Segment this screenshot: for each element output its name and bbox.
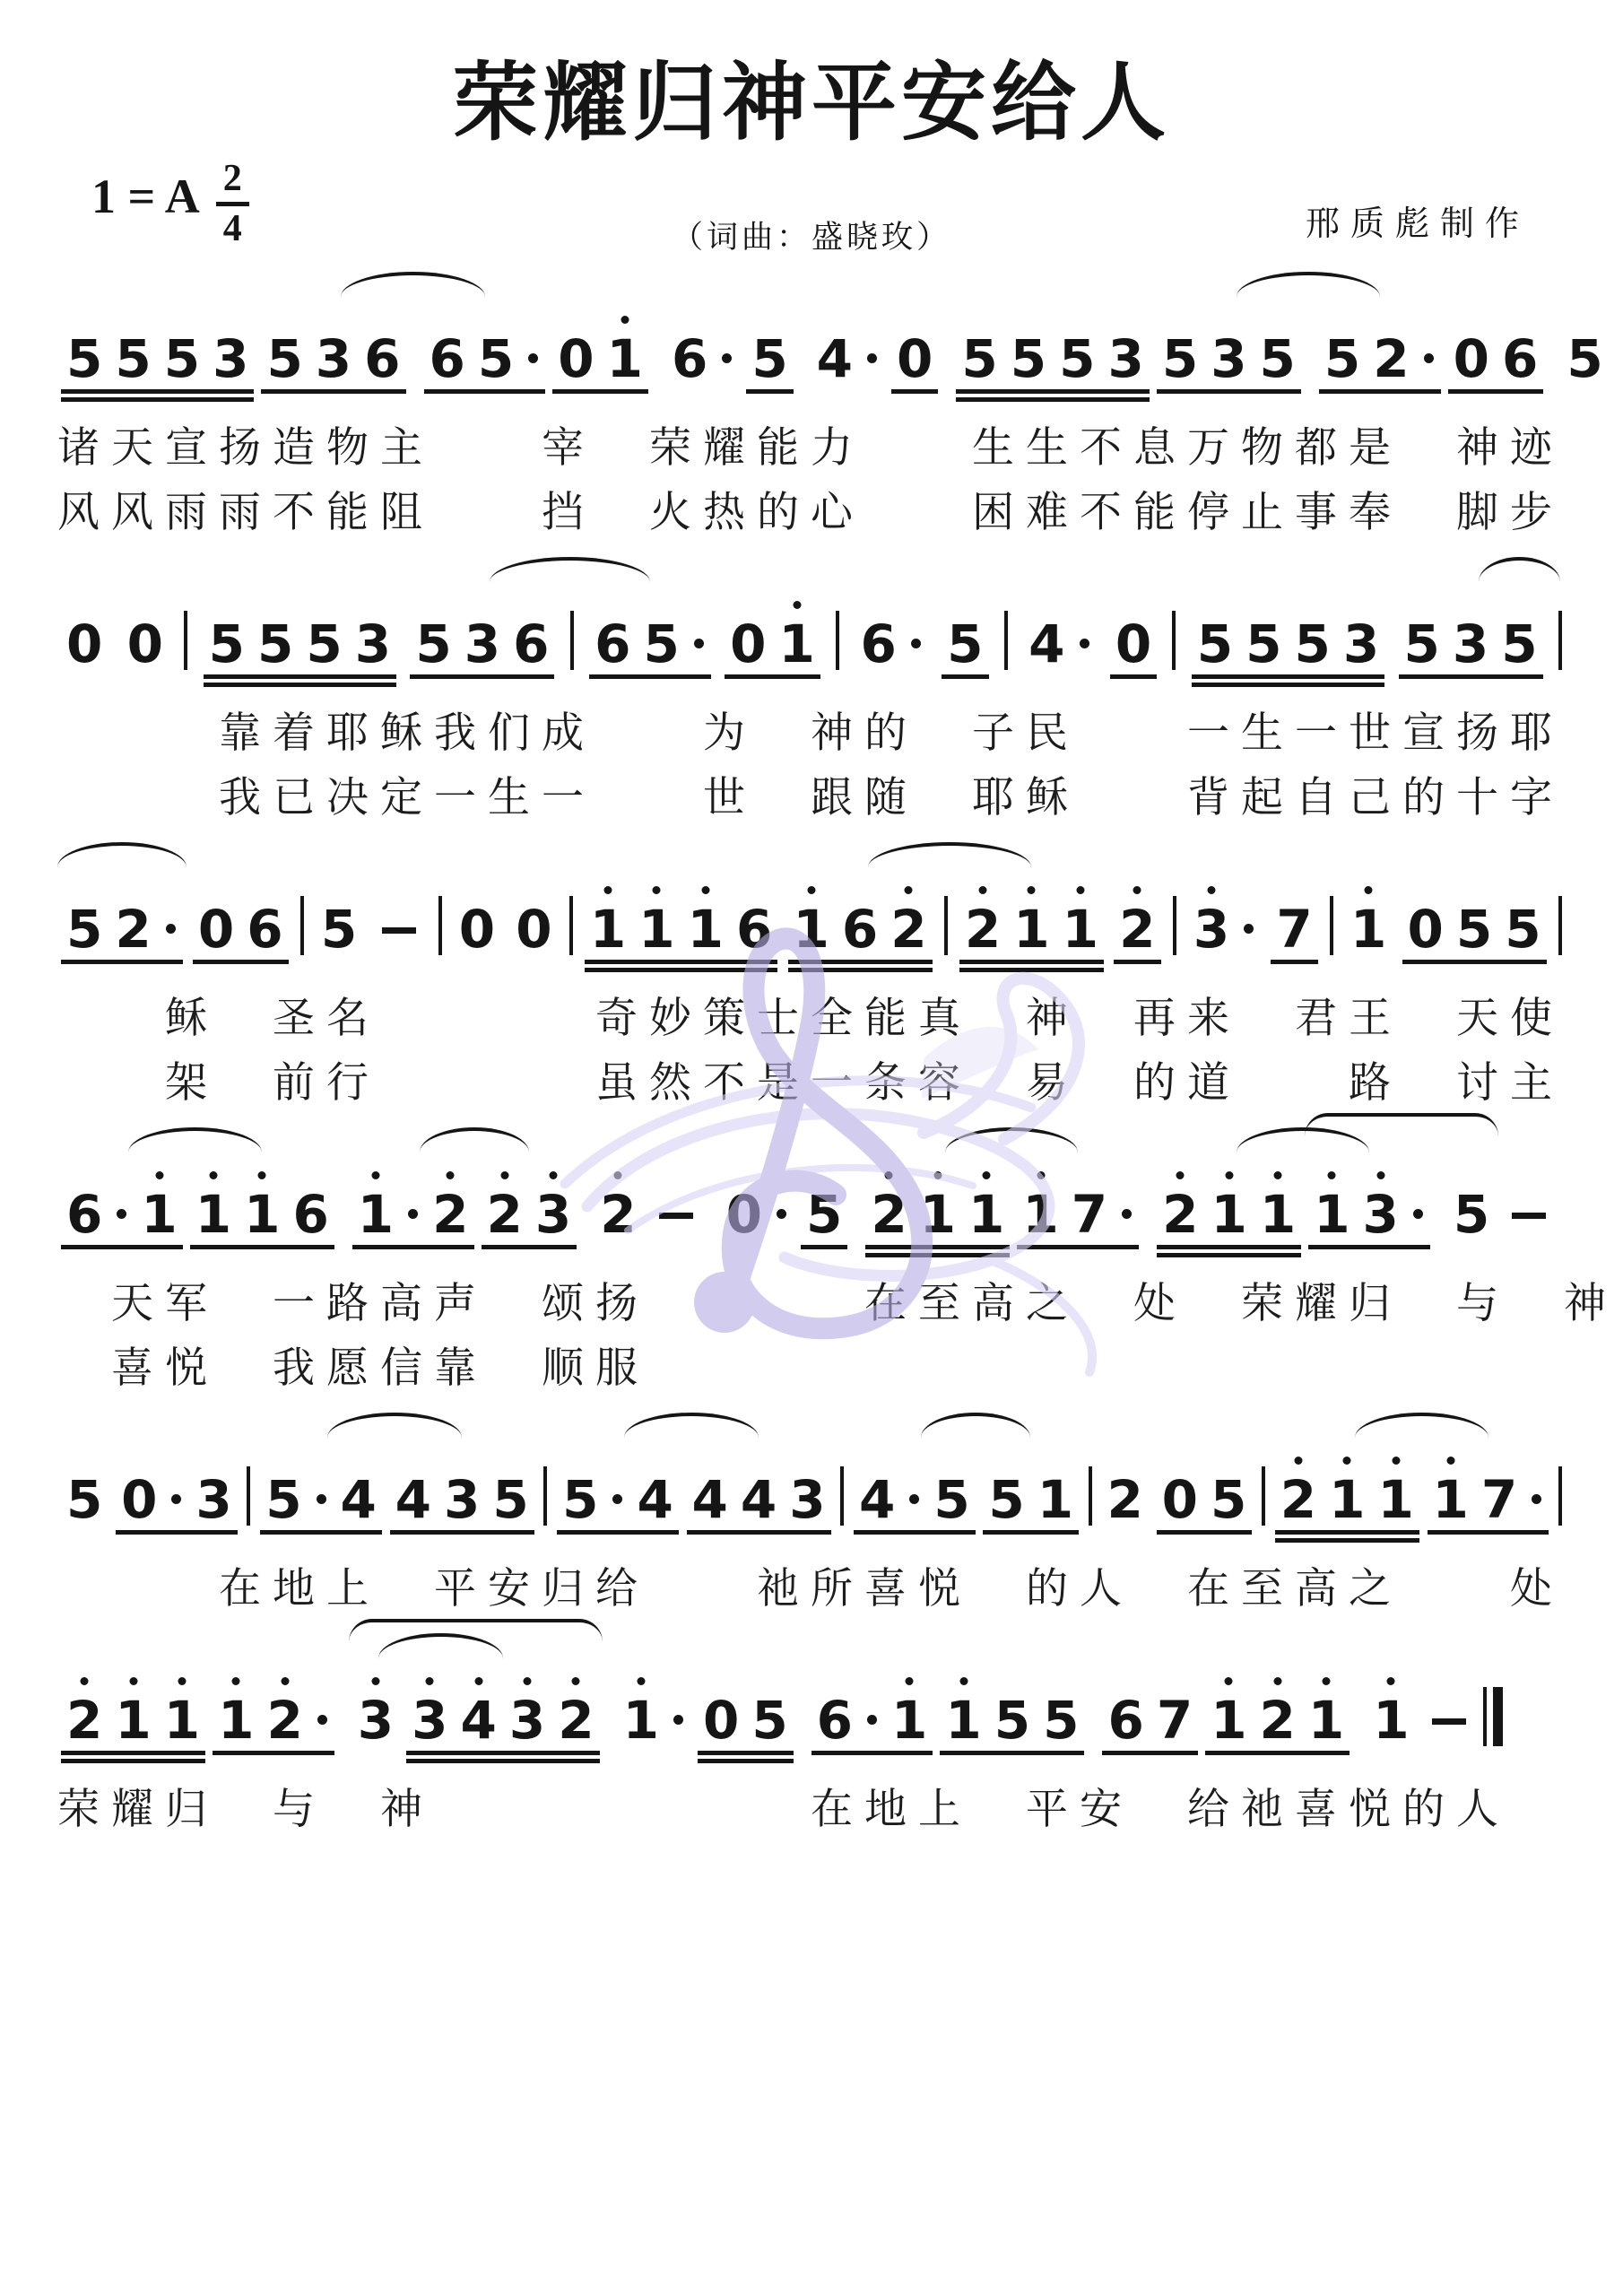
barline (184, 611, 187, 670)
note-group: 435 (386, 1474, 538, 1526)
note-digit: 2 (115, 903, 151, 955)
beam-line (1308, 1245, 1430, 1249)
note-digit: 5 (1197, 618, 1233, 670)
note-digit: 0 (897, 333, 933, 385)
note-group: 0 (717, 1188, 797, 1240)
slur-arc (624, 1413, 759, 1438)
note-digit: 5 (751, 333, 787, 385)
note-digit: 5 (1324, 333, 1360, 385)
note-digit: 0 (1115, 618, 1151, 670)
lyric-line: 稣 圣名 奇妙策士全能真 神 再来 君王 天使 (57, 986, 1567, 1050)
beam-line (204, 674, 396, 679)
augmentation-dot (1244, 924, 1254, 934)
time-denominator: 4 (223, 206, 242, 248)
note-digit: 5 (209, 618, 245, 670)
barline (944, 896, 948, 955)
beam-line (1157, 1530, 1253, 1535)
note-digit: 1 (1013, 903, 1049, 955)
beam-line (1157, 1245, 1301, 1249)
note-digit: 3 (444, 1474, 480, 1526)
note-digit: 5 (1211, 1474, 1246, 1526)
octave-dot (1225, 1171, 1233, 1179)
octave-dot (1274, 1171, 1282, 1179)
note-digit: 5 (164, 333, 200, 385)
note-group: 5 (57, 1474, 111, 1526)
beam-line (61, 1759, 205, 1763)
barline (1089, 1466, 1092, 1526)
note-group: 443 (683, 1474, 835, 1526)
note-digit: 0 (516, 903, 551, 955)
note-group: 155 (936, 1694, 1088, 1746)
octave-dot (447, 1171, 455, 1179)
note-digit: 3 (1453, 618, 1488, 670)
note-group: 0 (888, 333, 942, 385)
note-digit: 2 (1107, 1474, 1143, 1526)
note-group: 5 (312, 903, 366, 955)
note-digit: 6 (513, 618, 549, 670)
lyric-line: 我已决定一生一 世 跟随 耶稣 背起自己的十字 (57, 765, 1567, 830)
augmentation-dot (117, 1209, 126, 1219)
beam-line (956, 389, 1149, 394)
note-group (646, 1213, 707, 1240)
note-digit: 2 (600, 1188, 636, 1240)
notation-row: 005553536650165405553535 (57, 584, 1567, 670)
note-group: 0 (118, 618, 172, 670)
augmentation-dot (171, 1494, 181, 1504)
beam-line (61, 960, 183, 964)
octave-dot (371, 1171, 379, 1179)
note-group: 61 (808, 1694, 937, 1746)
note-digit: 1 (141, 1188, 177, 1240)
note-digit: 1 (164, 1694, 200, 1746)
octave-dot (905, 886, 913, 894)
note-group: 65 (586, 618, 715, 670)
beam-line (406, 1759, 599, 1763)
note-group: 61 (57, 1188, 187, 1240)
note-digit: 4 (395, 1474, 431, 1526)
note-group: 1 (1364, 1694, 1418, 1746)
octave-dot (426, 1677, 434, 1685)
note-group: 5 (797, 1188, 851, 1240)
octave-dot (81, 1677, 89, 1685)
note-digit: 1 (945, 1694, 981, 1746)
octave-dot (232, 1677, 240, 1685)
note-digit: 3 (412, 1694, 447, 1746)
dash-note (1512, 1213, 1546, 1219)
beam-line (698, 1751, 794, 1755)
note-digit: 5 (1404, 618, 1440, 670)
notation-row: 211123343210561155671211 (57, 1660, 1205, 1746)
augmentation-dot (317, 1494, 326, 1504)
note-group: 211 (57, 1694, 209, 1746)
note-group: 055 (1399, 903, 1550, 955)
augmentation-dot (1532, 1494, 1541, 1504)
beam-line (61, 1245, 183, 1249)
final-barline (1483, 1687, 1503, 1746)
octave-dot (550, 1171, 558, 1179)
note-digit: 1 (968, 1188, 1004, 1240)
lyric-line: 风风雨雨不能阻 挡 火热的心 困难不能停止事奉 脚步 (57, 480, 1567, 544)
beam-line (942, 674, 988, 679)
note-group: 1116 (581, 903, 781, 955)
octave-dot (281, 1677, 289, 1685)
notation-row: 5035443554443455120521117 (57, 1439, 1567, 1526)
note-digit: 6 (842, 903, 878, 955)
note-group: 211 (956, 903, 1107, 955)
note-digit: 1 (638, 903, 674, 955)
credit-text: 邢质彪制作 (1306, 196, 1530, 245)
note-digit: 0 (703, 1694, 739, 1746)
note-digit: 1 (607, 333, 643, 385)
note-digit: 6 (247, 903, 282, 955)
beam-line (390, 1530, 534, 1535)
beam-line (61, 397, 254, 402)
note-digit: 5 (1456, 903, 1492, 955)
note-group: 06 (189, 903, 292, 955)
note-digit: 1 (1211, 1188, 1246, 1240)
beam-line (406, 1751, 599, 1755)
note-digit: 0 (127, 618, 163, 670)
octave-dot (1328, 1171, 1336, 1179)
score-line: 005553536650165405553535 靠着耶稣我们成 为 神的 子民… (57, 584, 1567, 830)
note-digit: 1 (1037, 1474, 1073, 1526)
slur-arc (341, 272, 485, 297)
slur-arc (1237, 272, 1380, 297)
beam-line (424, 389, 546, 394)
octave-dot (1037, 1171, 1045, 1179)
beam-line (811, 1751, 933, 1755)
augmentation-dot (1413, 1209, 1423, 1219)
note-digit: 2 (266, 1694, 302, 1746)
note-digit: 0 (121, 1474, 157, 1526)
beam-line (891, 389, 938, 394)
note-digit: 4 (341, 1474, 377, 1526)
note-digit: 1 (244, 1188, 280, 1240)
note-group (1498, 1213, 1559, 1240)
beam-line (1192, 683, 1384, 687)
barline (1262, 1466, 1265, 1526)
slur-arc (490, 557, 650, 582)
augmentation-dot (777, 1209, 786, 1219)
slur-arc (1479, 557, 1560, 582)
note-digit: 0 (459, 903, 495, 955)
beam-line (1271, 960, 1317, 964)
dash-note (659, 1213, 693, 1219)
note-digit: 1 (1063, 903, 1098, 955)
barline (438, 896, 442, 955)
note-group: 05 (1153, 1474, 1256, 1526)
note-digit: 2 (1280, 1474, 1316, 1526)
score-line: 211123343210561155671211荣耀归 与 神 在地上 平安 给… (57, 1660, 1567, 1841)
barline (247, 1466, 250, 1526)
beam-line (352, 1245, 474, 1249)
note-digit: 6 (430, 333, 465, 385)
note-group: 0 (57, 618, 111, 670)
note-group: 12 (209, 1694, 338, 1746)
octave-dot (572, 1677, 580, 1685)
note-group: 17 (1013, 1188, 1142, 1240)
octave-dot (1076, 886, 1084, 894)
note-digit: 5 (1011, 333, 1046, 385)
note-group: 52 (1315, 333, 1445, 385)
note-group: 4 (808, 333, 888, 385)
octave-dot (701, 886, 709, 894)
note-digit: 1 (1373, 1694, 1409, 1746)
note-digit: 6 (595, 618, 630, 670)
octave-dot (371, 1677, 379, 1685)
note-digit: 6 (292, 1188, 328, 1240)
note-digit: 1 (920, 1188, 956, 1240)
note-digit: 1 (115, 1694, 151, 1746)
beam-line (983, 1530, 1079, 1535)
note-group: 13 (1305, 1188, 1434, 1240)
octave-dot (524, 1677, 532, 1685)
beam-line (959, 968, 1104, 972)
note-digit: 1 (1314, 1188, 1350, 1240)
octave-dot (1392, 1457, 1400, 1465)
note-digit: 1 (1350, 903, 1386, 955)
note-digit: 1 (623, 1694, 659, 1746)
note-digit: 4 (637, 1474, 673, 1526)
dash-note (382, 927, 416, 934)
sheet-music-page: 1 = A 2 4 荣耀归神平安给人 邢质彪制作 （词曲：盛晓玫） 555353… (0, 0, 1623, 2296)
note-digit: 5 (415, 618, 451, 670)
beam-line (1448, 389, 1544, 394)
beam-line (261, 389, 405, 394)
note-digit: 2 (1162, 1188, 1198, 1240)
note-digit: 5 (1043, 1694, 1079, 1746)
note-digit: 3 (358, 1694, 394, 1746)
beam-line (204, 683, 396, 687)
barline (300, 896, 304, 955)
octave-dot (614, 1171, 622, 1179)
note-digit: 3 (213, 333, 248, 385)
beam-line (1402, 960, 1547, 964)
beam-line (1275, 1530, 1419, 1535)
note-digit: 5 (988, 1474, 1024, 1526)
slur-arc (327, 1413, 462, 1438)
note-digit: 1 (794, 903, 829, 955)
note-group: 5553 (57, 333, 257, 385)
note-group: 01 (549, 333, 652, 385)
beam-line (410, 674, 554, 679)
note-digit: 4 (817, 333, 853, 385)
note-group: 0 (1107, 618, 1160, 670)
note-digit: 4 (741, 1474, 777, 1526)
octave-dot (653, 886, 661, 894)
note-digit: 5 (492, 1474, 528, 1526)
note-digit: 5 (1501, 618, 1537, 670)
slur-arc (945, 1127, 1078, 1152)
note-digit: 2 (1373, 333, 1409, 385)
note-group: 06 (1445, 333, 1548, 385)
note-digit: 5 (1454, 1188, 1489, 1240)
note-group: 05 (694, 1694, 797, 1746)
octave-dot (1207, 886, 1215, 894)
note-group: 01 (721, 618, 824, 670)
note-digit: 3 (464, 618, 500, 670)
octave-dot (1028, 886, 1036, 894)
note-digit: 6 (817, 1694, 853, 1746)
note-group: 54 (256, 1474, 386, 1526)
note-digit: 1 (590, 903, 626, 955)
note-digit: 4 (1028, 618, 1064, 670)
octave-dot (258, 1171, 266, 1179)
note-digit: 4 (692, 1474, 728, 1526)
beam-line (687, 1530, 831, 1535)
note-group: 03 (112, 1474, 241, 1526)
augmentation-dot (166, 924, 176, 934)
note-digit: 5 (562, 1474, 598, 1526)
beam-line (557, 1530, 679, 1535)
note-digit: 1 (1211, 1694, 1246, 1746)
note-digit: 0 (1162, 1474, 1198, 1526)
beam-line (213, 1751, 334, 1755)
note-digit: 2 (487, 1188, 523, 1240)
slur-arc (128, 1127, 262, 1152)
lyric-line: 架 前行 虽然不是一条容 易 的道 路 讨主 (57, 1050, 1567, 1115)
note-group: 1 (1341, 903, 1395, 955)
note-group (1419, 1718, 1480, 1746)
note-digit: 5 (806, 1188, 842, 1240)
note-group: 121 (1202, 1694, 1353, 1746)
note-digit: 6 (736, 903, 772, 955)
note-digit: 5 (321, 903, 357, 955)
note-group: 45 (850, 1474, 979, 1526)
octave-dot (500, 1171, 508, 1179)
note-digit: 7 (1481, 1474, 1517, 1526)
note-digit: 5 (257, 618, 293, 670)
octave-dot (1365, 886, 1373, 894)
note-digit: 5 (1567, 333, 1602, 385)
note-group: 67 (1098, 1694, 1202, 1746)
barline (1558, 896, 1562, 955)
note-digit: 5 (478, 333, 514, 385)
octave-dot (983, 1171, 991, 1179)
lyric-line: 天军 一路高声 颂扬 在至高之 处 荣耀归 与 神 (57, 1271, 1567, 1335)
octave-dot (1176, 1171, 1185, 1179)
note-digit: 6 (1502, 333, 1538, 385)
note-group: 116 (187, 1188, 338, 1240)
slur-arc (420, 1127, 529, 1152)
octave-dot (959, 1677, 968, 1685)
note-digit: 3 (789, 1474, 825, 1526)
note-digit: 5 (66, 333, 102, 385)
augmentation-dot (1122, 1209, 1132, 1219)
octave-dot (1225, 1677, 1233, 1685)
barline (1172, 611, 1176, 670)
beam-line (788, 968, 933, 972)
note-digit: 2 (558, 1694, 594, 1746)
barline (570, 611, 574, 670)
note-digit: 5 (994, 1694, 1030, 1746)
note-group: 52 (57, 903, 187, 955)
note-group: 3 (1185, 903, 1264, 955)
note-digit: 5 (266, 333, 302, 385)
octave-dot (1387, 1677, 1395, 1685)
note-digit: 6 (364, 333, 400, 385)
slur-arc (921, 1413, 1030, 1438)
beam-line (1399, 674, 1543, 679)
beam-line (956, 397, 1149, 402)
note-group: 5 (742, 333, 796, 385)
augmentation-dot (317, 1715, 327, 1725)
barline (836, 611, 839, 670)
note-digit: 3 (1343, 618, 1379, 670)
note-group: 0 (450, 903, 504, 955)
note-digit: 3 (1211, 333, 1246, 385)
barline (1558, 611, 1562, 670)
note-digit: 3 (195, 1474, 231, 1526)
octave-dot (474, 1677, 482, 1685)
octave-dot (129, 1677, 137, 1685)
lyric-line: 荣耀归 与 神 在地上 平安 给祂喜悦的人 (57, 1777, 1567, 1841)
note-digit: 5 (115, 333, 151, 385)
beam-line (190, 1245, 334, 1249)
note-digit: 1 (218, 1694, 254, 1746)
note-digit: 2 (890, 903, 926, 955)
beam-line (801, 1245, 847, 1249)
note-group: 3 (349, 1694, 403, 1746)
augmentation-dot (911, 639, 921, 648)
note-digit: 3 (355, 618, 391, 670)
beam-line (260, 1530, 382, 1535)
note-digit: 2 (1260, 1694, 1296, 1746)
note-digit: 4 (859, 1474, 895, 1526)
note-digit: 0 (558, 333, 594, 385)
note-digit: 1 (779, 618, 815, 670)
augmentation-dot (1080, 639, 1089, 648)
octave-dot (793, 601, 801, 609)
beam-line (854, 1530, 976, 1535)
note-group: 6 (851, 618, 931, 670)
octave-dot (1273, 1677, 1281, 1685)
octave-dot (178, 1677, 186, 1685)
octave-dot (209, 1171, 217, 1179)
note-digit: 5 (643, 618, 679, 670)
augmentation-dot (909, 1494, 919, 1504)
octave-dot (621, 316, 629, 324)
note-group: 4 (1020, 618, 1099, 670)
octave-dot (885, 1171, 893, 1179)
note-digit: 3 (509, 1694, 545, 1746)
augmentation-dot (694, 639, 704, 648)
note-group: 51 (979, 1474, 1082, 1526)
note-group: 2 (591, 1188, 645, 1240)
lyric-line: 诸天宣扬造物主 宰 荣耀能力 生生不息万物都是 神迹 (57, 415, 1567, 480)
note-group: 535 (1153, 333, 1305, 385)
note-group: 5553 (200, 618, 400, 670)
octave-dot (1376, 1171, 1384, 1179)
note-digit: 1 (1308, 1694, 1344, 1746)
note-group: 536 (257, 333, 409, 385)
slur-arc (1305, 1113, 1498, 1149)
beam-line (1428, 1530, 1549, 1535)
augmentation-dot (867, 1715, 877, 1725)
time-signature: 2 4 (216, 158, 249, 248)
note-group: 1 (614, 1694, 694, 1746)
beam-line (585, 968, 777, 972)
key-signature: 1 = A 2 4 (91, 172, 249, 248)
octave-dot (906, 1677, 914, 1685)
note-group (1612, 357, 1623, 385)
notation-row: 61116122320521117211135 (57, 1154, 1567, 1240)
note-digit: 1 (195, 1188, 231, 1240)
note-group: 5 (1445, 1188, 1498, 1240)
note-group: 211 (1271, 1474, 1423, 1526)
augmentation-dot (408, 1209, 418, 1219)
note-digit: 2 (1119, 903, 1155, 955)
